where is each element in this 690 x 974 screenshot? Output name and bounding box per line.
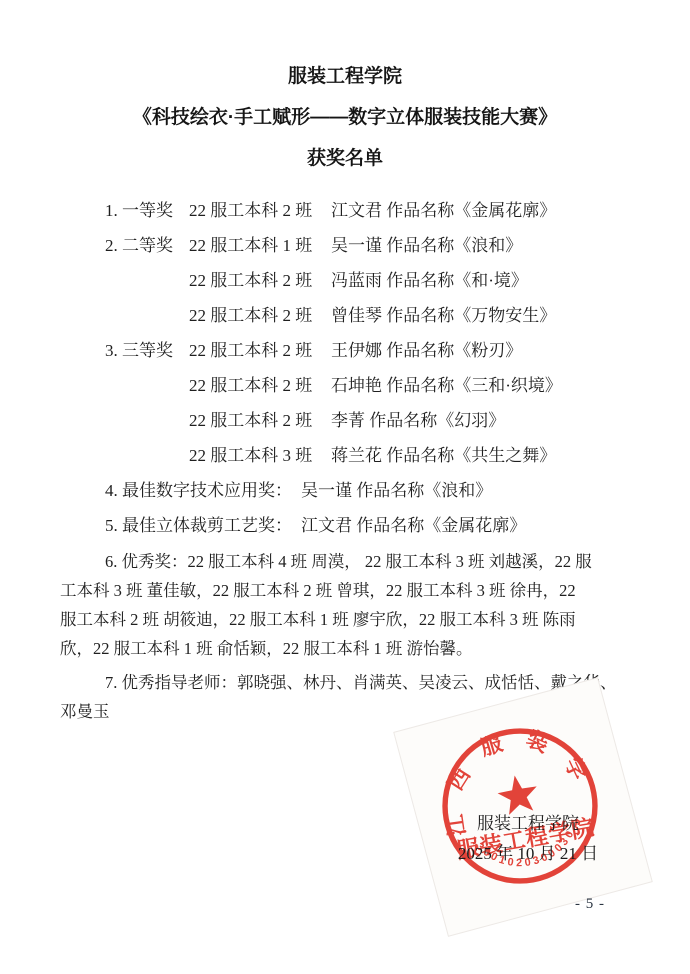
award-row: 1. 一等奖 22 服工本科 2 班 江文君 作品名称《金属花廓》 (60, 191, 630, 226)
signature-block: 服装工程学院 2025 年 10 月 21 日 (413, 810, 643, 870)
paragraph-line: 欣，22 服工本科 1 班 俞恬颖，22 服工本科 1 班 游怡馨。 (60, 634, 650, 663)
special-award-label: 4. 最佳数字技术应用奖： (105, 476, 301, 501)
award-row: 22 服工本科 2 班 曾佳琴 作品名称《万物安生》 (60, 296, 630, 331)
award-row: 2. 二等奖 22 服工本科 1 班 吴一谨 作品名称《浪和》 (60, 226, 630, 261)
award-entry: 王伊娜 作品名称《粉刃》 (331, 336, 522, 361)
award-rank: 1. 一等奖 (105, 196, 189, 221)
paragraph-line: 工本科 3 班 董佳敏，22 服工本科 2 班 曾琪，22 服工本科 3 班 徐… (60, 576, 650, 605)
special-award-row: 5. 最佳立体裁剪工艺奖： 江文君 作品名称《金属花廓》 (60, 506, 630, 541)
special-award-entry: 吴一谨 作品名称《浪和》 (301, 476, 492, 501)
award-entry: 李菁 作品名称《幻羽》 (331, 406, 505, 431)
award-row: 22 服工本科 2 班 李菁 作品名称《幻羽》 (60, 401, 630, 436)
excellence-award-paragraph: 6. 优秀奖：22 服工本科 4 班 周漠， 22 服工本科 3 班 刘越溪，2… (0, 547, 690, 663)
award-row: 22 服工本科 2 班 石坤艳 作品名称《三和·织境》 (60, 366, 630, 401)
award-list: 1. 一等奖 22 服工本科 2 班 江文君 作品名称《金属花廓》 2. 二等奖… (0, 191, 690, 541)
award-class: 22 服工本科 2 班 (189, 301, 331, 326)
paragraph-line: 6. 优秀奖：22 服工本科 4 班 周漠， 22 服工本科 3 班 刘越溪，2… (60, 547, 650, 576)
award-entry: 蒋兰花 作品名称《共生之舞》 (331, 441, 556, 466)
award-row: 22 服工本科 3 班 蒋兰花 作品名称《共生之舞》 (60, 436, 630, 471)
award-rank: 2. 二等奖 (105, 231, 189, 256)
award-class: 22 服工本科 3 班 (189, 441, 331, 466)
special-award-entry: 江文君 作品名称《金属花廓》 (301, 511, 526, 536)
special-award-label: 5. 最佳立体裁剪工艺奖： (105, 511, 301, 536)
signing-department: 服装工程学院 (413, 810, 643, 838)
signature-date: 2025 年 10 月 21 日 (413, 838, 643, 870)
award-class: 22 服工本科 2 班 (189, 406, 331, 431)
award-class: 22 服工本科 2 班 (189, 196, 331, 221)
award-entry: 冯蓝雨 作品名称《和·境》 (331, 266, 528, 291)
document-page: 服装工程学院 《科技绘衣·手工赋形——数字立体服装技能大赛》 获奖名单 1. 一… (0, 0, 690, 974)
award-entry: 吴一谨 作品名称《浪和》 (331, 231, 522, 256)
award-class: 22 服工本科 2 班 (189, 336, 331, 361)
section-heading: 获奖名单 (0, 138, 690, 179)
special-award-row: 4. 最佳数字技术应用奖： 吴一谨 作品名称《浪和》 (60, 471, 630, 506)
document-header: 服装工程学院 《科技绘衣·手工赋形——数字立体服装技能大赛》 获奖名单 (0, 0, 690, 179)
award-entry: 江文君 作品名称《金属花廓》 (331, 196, 556, 221)
award-row: 3. 三等奖 22 服工本科 2 班 王伊娜 作品名称《粉刃》 (60, 331, 630, 366)
paragraph-line: 服工本科 2 班 胡筱迪，22 服工本科 1 班 廖宇欣，22 服工本科 3 班… (60, 605, 650, 634)
award-entry: 石坤艳 作品名称《三和·织境》 (331, 371, 562, 396)
competition-subtitle: 《科技绘衣·手工赋形——数字立体服装技能大赛》 (0, 97, 690, 138)
page-title: 服装工程学院 (0, 56, 690, 97)
award-class: 22 服工本科 2 班 (189, 266, 331, 291)
award-row: 22 服工本科 2 班 冯蓝雨 作品名称《和·境》 (60, 261, 630, 296)
award-rank: 3. 三等奖 (105, 336, 189, 361)
award-class: 22 服工本科 1 班 (189, 231, 331, 256)
award-class: 22 服工本科 2 班 (189, 371, 331, 396)
page-number: - 5 - (575, 896, 605, 913)
award-entry: 曾佳琴 作品名称《万物安生》 (331, 301, 556, 326)
